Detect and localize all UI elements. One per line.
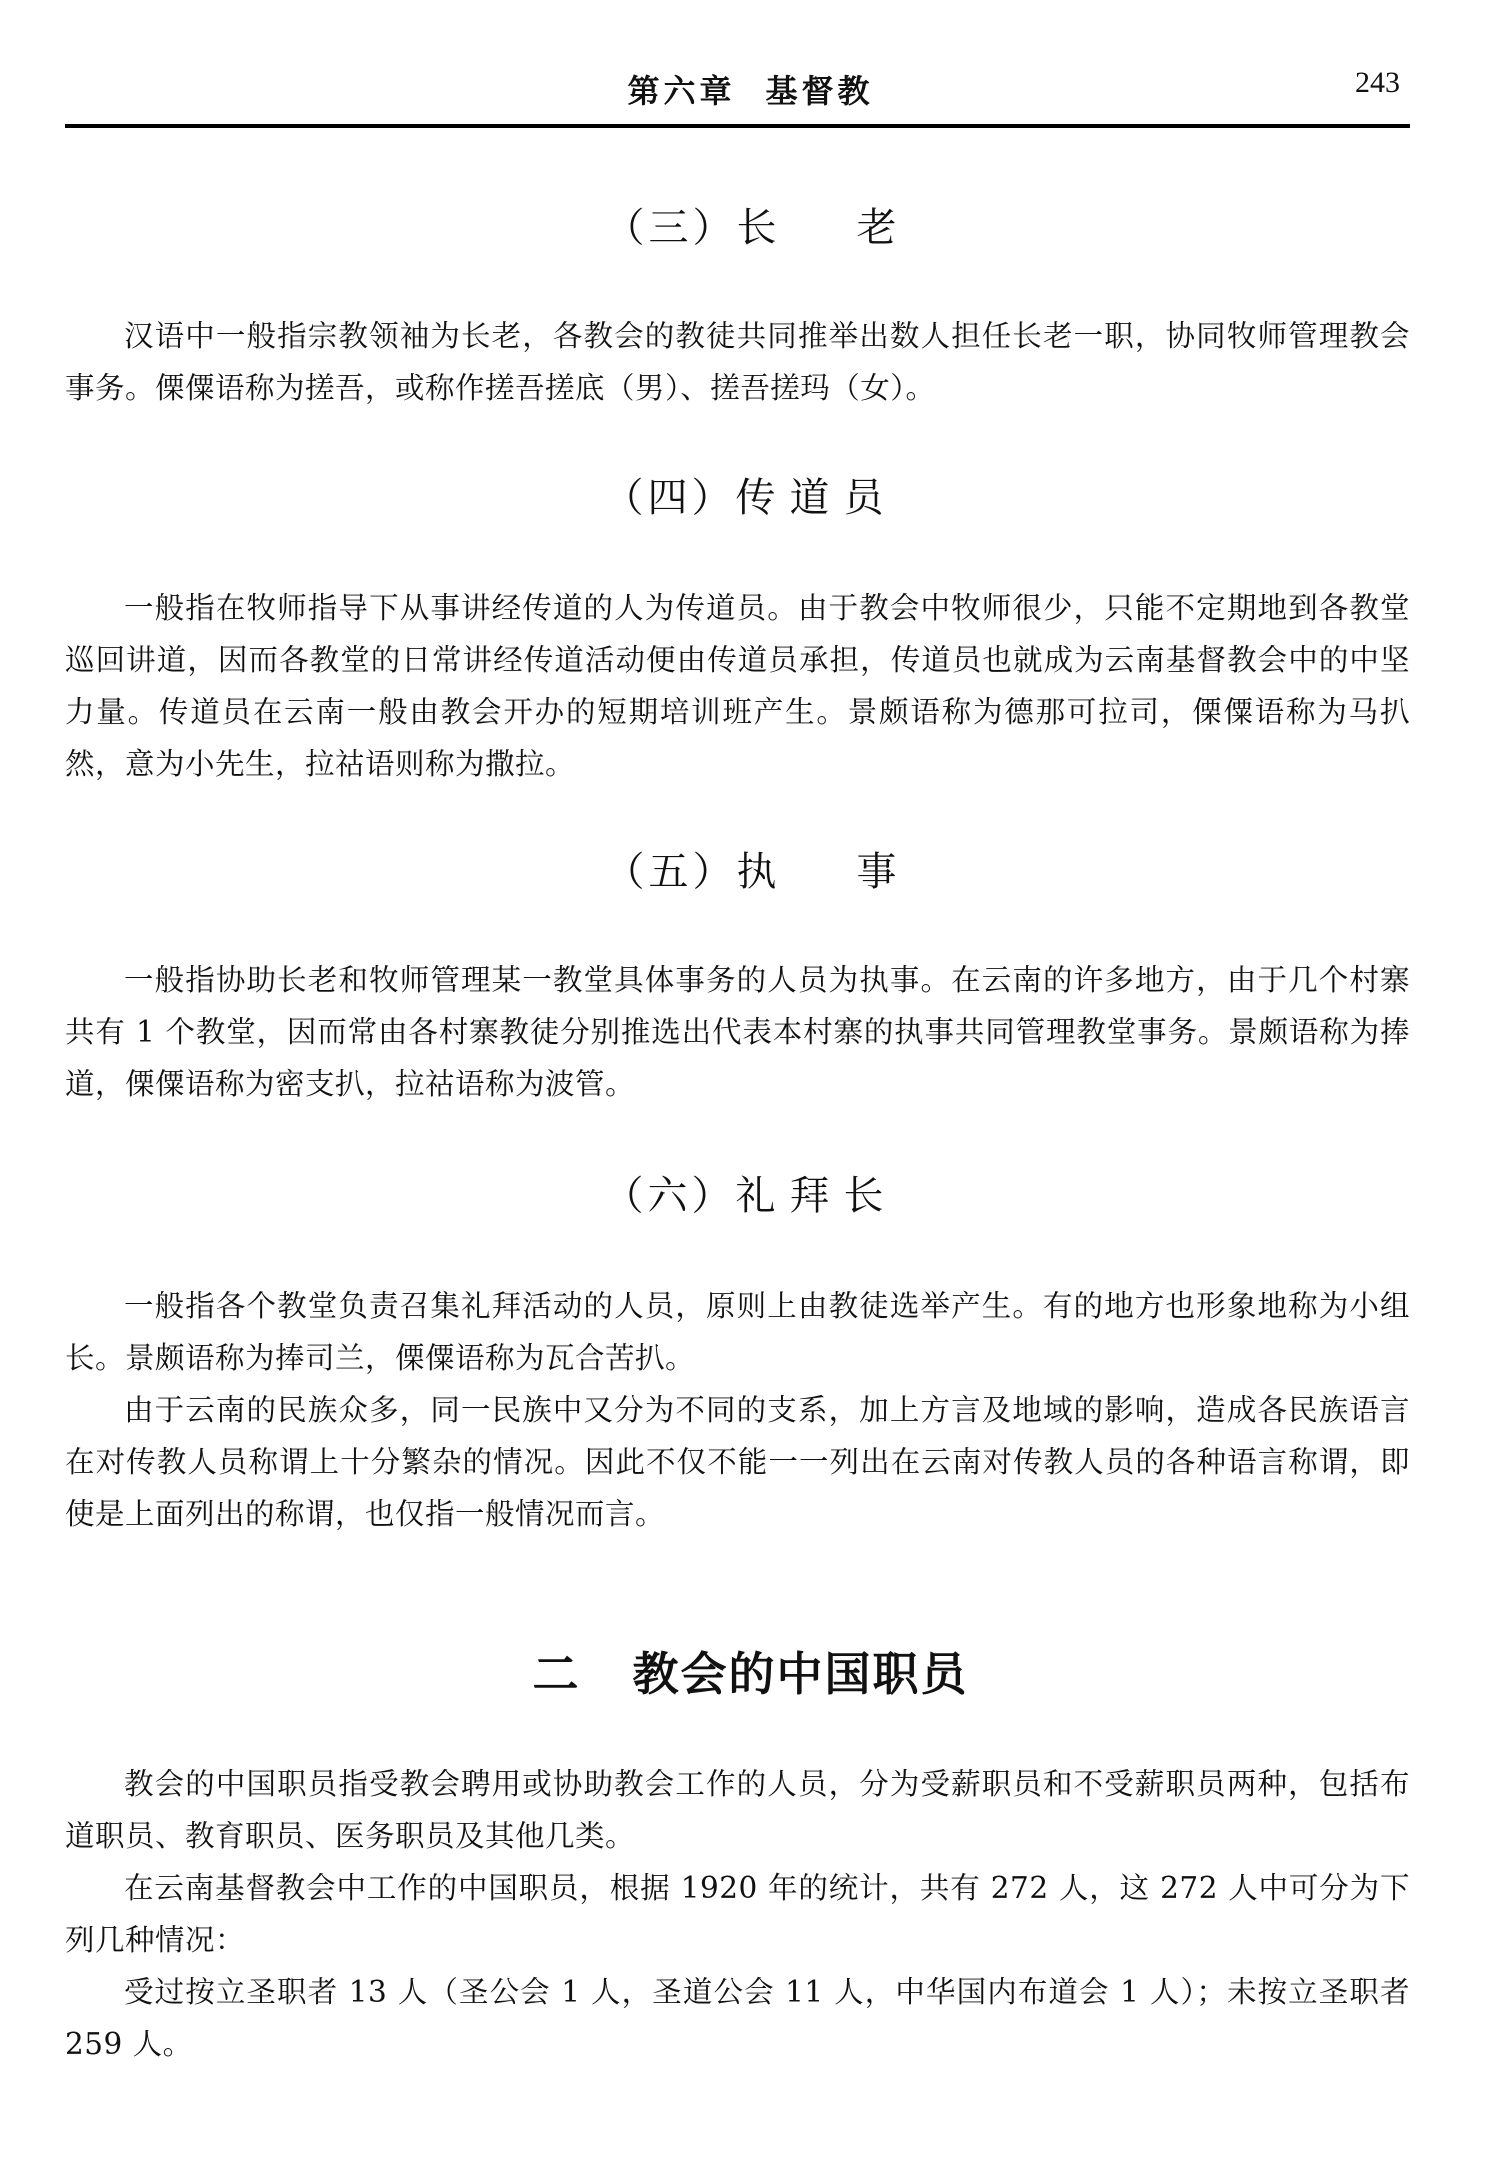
- paragraph: 一般指协助长老和牧师管理某一教堂具体事务的人员为执事。在云南的许多地方，由于几个…: [65, 954, 1410, 1110]
- chapter-title: 基督教: [766, 72, 874, 110]
- section-title: 长老: [737, 205, 977, 251]
- paragraph: 受过按立圣职者 13 人（圣公会 1 人，圣道公会 11 人，中华国内布道会 1…: [65, 1966, 1410, 2070]
- chapter-section-heading: 二教会的中国职员: [0, 1644, 1501, 1704]
- page-number: 243: [1320, 66, 1400, 100]
- section-number: （三）: [605, 205, 737, 251]
- chapter-section-title: 教会的中国职员: [633, 1647, 969, 1701]
- section-heading-elder: （三）长老: [0, 202, 1501, 254]
- section-heading-preacher: （四）传道员: [0, 472, 1501, 524]
- paragraph: 汉语中一般指宗教领袖为长老，各教会的教徒共同推举出数人担任长老一职，协同牧师管理…: [65, 310, 1410, 414]
- paragraph: 教会的中国职员指受教会聘用或协助教会工作的人员，分为受薪职员和不受薪职员两种，包…: [65, 1758, 1410, 1862]
- chapter-section-number: 二: [533, 1647, 581, 1701]
- paragraph: 由于云南的民族众多，同一民族中又分为不同的支系，加上方言及地域的影响，造成各民族…: [65, 1384, 1410, 1540]
- section-number: （五）: [605, 849, 737, 895]
- header-rule: [65, 124, 1410, 128]
- book-page: 第六章基督教 243 （三）长老 汉语中一般指宗教领袖为长老，各教会的教徒共同推…: [0, 0, 1501, 2160]
- paragraph: 一般指各个教堂负责召集礼拜活动的人员，原则上由教徒选举产生。有的地方也形象地称为…: [65, 1280, 1410, 1384]
- section-number: （四）: [604, 475, 736, 521]
- section-heading-worship-leader: （六）礼拜长: [0, 1170, 1501, 1222]
- section-title: 礼拜长: [736, 1173, 898, 1219]
- running-title: 第六章基督教: [0, 66, 1501, 112]
- section-number: （六）: [604, 1173, 736, 1219]
- paragraph: 在云南基督教会中工作的中国职员，根据 1920 年的统计，共有 272 人，这 …: [65, 1862, 1410, 1966]
- section-heading-deacon: （五）执事: [0, 846, 1501, 898]
- running-head: 第六章基督教 243: [0, 66, 1501, 110]
- paragraph: 一般指在牧师指导下从事讲经传道的人为传道员。由于教会中牧师很少，只能不定期地到各…: [65, 582, 1410, 790]
- section-title: 执事: [737, 849, 977, 895]
- section-title: 传道员: [736, 475, 898, 521]
- chapter-label: 第六章: [627, 72, 735, 110]
